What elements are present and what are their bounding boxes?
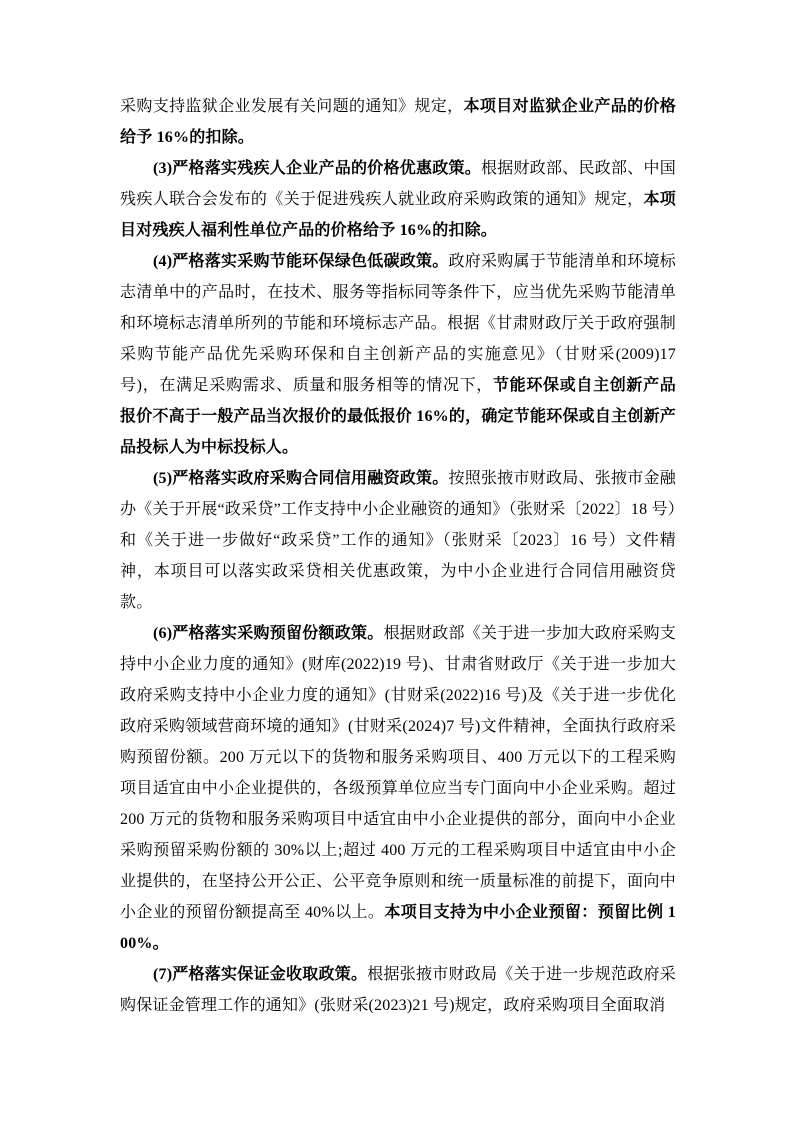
- paragraph-disabled-enterprise-policy: (3)严格落实残疾人企业产品的价格优惠政策。根据财政部、民政部、中国残疾人联合会…: [120, 153, 676, 246]
- document-page: 采购支持监狱企业发展有关问题的通知》规定，本项目对监狱企业产品的价格给予 16%…: [0, 0, 793, 1122]
- text-segment: 采购支持监狱企业发展有关问题的通知》规定，: [120, 98, 464, 115]
- paragraph-contract-credit-financing-policy: (5)严格落实政府采购合同信用融资政策。按照张掖市财政局、张掖市金融办《关于开展…: [120, 463, 676, 618]
- paragraph-reserved-share-policy: (6)严格落实采购预留份额政策。根据财政部《关于进一步加大政府采购支持中小企业力…: [120, 618, 676, 959]
- paragraph-deposit-collection-policy: (7)严格落实保证金收取政策。根据张掖市财政局《关于进一步规范政府采购保证金管理…: [120, 959, 676, 1021]
- text-segment-bold: (6)严格落实采购预留份额政策。: [153, 625, 384, 642]
- paragraph-prison-enterprise-continuation: 采购支持监狱企业发展有关问题的通知》规定，本项目对监狱企业产品的价格给予 16%…: [120, 91, 676, 153]
- text-segment-bold: (5)严格落实政府采购合同信用融资政策。: [153, 470, 449, 487]
- paragraph-green-low-carbon-policy: (4)严格落实采购节能环保绿色低碳政策。政府采购属于节能清单和环境标志清单中的产…: [120, 246, 676, 463]
- text-segment-bold: (4)严格落实采购节能环保绿色低碳政策。: [153, 253, 449, 270]
- text-segment-bold: (7)严格落实保证金收取政策。: [153, 966, 367, 983]
- text-segment: 按照张掖市财政局、张掖市金融办《关于开展“政采贷”工作支持中小企业融资的通知》（…: [120, 470, 676, 611]
- text-segment: 根据财政部《关于进一步加大政府采购支持中小企业力度的通知》(财库(2022)19…: [120, 625, 676, 921]
- text-segment-bold: (3)严格落实残疾人企业产品的价格优惠政策。: [153, 160, 481, 177]
- document-body: 采购支持监狱企业发展有关问题的通知》规定，本项目对监狱企业产品的价格给予 16%…: [120, 91, 676, 1021]
- text-segment: 政府采购属于节能清单和环境标志清单中的产品时，在技术、服务等指标同等条件下，应当…: [120, 253, 676, 394]
